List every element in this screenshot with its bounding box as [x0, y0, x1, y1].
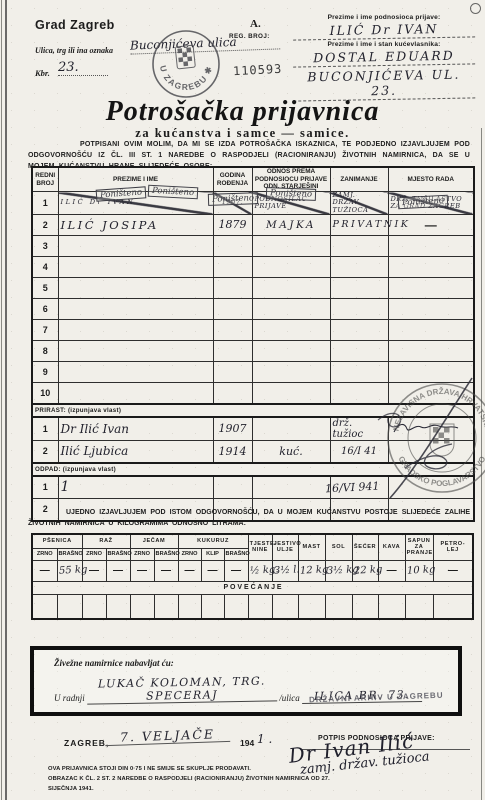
row-number: 10 [32, 382, 58, 404]
place-label: ZAGREB, [64, 738, 109, 748]
supplies-table: PŠENICA RAŽ JEČAM KUKURUZ TJESTE-NINE JE… [31, 533, 474, 620]
person-name: ILIĆ JOSIPA [61, 218, 159, 232]
value-cell: — [208, 565, 218, 576]
row-number: 9 [32, 361, 58, 382]
col-petrolej: PETRO-LEJ [433, 534, 473, 560]
row-number: 8 [32, 340, 58, 361]
year-value: 1 . [257, 732, 272, 746]
value-cell: 10 kg [406, 564, 435, 576]
cancelled-name: ILIĆ Dr IVAN [61, 199, 211, 206]
col-sol: SOL [325, 534, 352, 560]
radnji-label: U radnji [54, 693, 85, 703]
col-sapun: SAPUN ZA PRANJE [405, 534, 433, 560]
sub-zrno: ZRNO [32, 548, 57, 560]
reg-number-stamp: 110593 [233, 62, 283, 79]
value-cell: — [161, 565, 171, 576]
cancel-stamp: Poništeno [208, 192, 258, 206]
round-stamp-zagreb: U ZAGREBU ✱ [148, 26, 224, 102]
table-row: 5 [32, 277, 474, 298]
value-cell: — [231, 565, 241, 576]
col-secer: ŠEĆER [352, 534, 378, 560]
housenumber-value: 23. [58, 60, 108, 76]
table-row: 4 [32, 256, 474, 277]
col-mast: MAST [298, 534, 325, 560]
table-row: 6 [32, 298, 474, 319]
sub-brasno: BRAŠNO [224, 548, 248, 560]
value-cell: — [448, 565, 458, 576]
table-row: 3 [32, 235, 474, 256]
value-cell: — [113, 565, 123, 576]
supplies-empty-row [32, 594, 473, 619]
col-kukuruz: KUKURUZ [178, 534, 248, 548]
col-raz: RAŽ [82, 534, 130, 548]
supplies-intro: UJEDNO IZJAVLJUJEM POD ISTOM ODGOVORNOŠĆ… [28, 508, 470, 530]
row-number: 5 [32, 277, 58, 298]
sub-zrno: ZRNO [130, 548, 154, 560]
value-cell: — [387, 565, 397, 576]
form-subtitle: za kućanstva i samce — samice. [0, 126, 485, 141]
col-kava: KAVA [378, 534, 405, 560]
povecanje-label: P O V E Ć A N J E [32, 581, 473, 594]
supplies-group-header: PŠENICA RAŽ JEČAM KUKURUZ TJESTE-NINE JE… [32, 534, 473, 548]
landlord-name: DOSTAL EDUARD [293, 47, 475, 67]
sub-brasno: BRAŠNO [154, 548, 178, 560]
povecanje-row: P O V E Ć A N J E [32, 581, 473, 594]
row-number: 1 [32, 476, 58, 499]
value-cell: 22 kg [353, 564, 382, 576]
applicant-value: ILIĆ Dr IVAN [293, 20, 475, 40]
sub-brasno: BRAŠNO [57, 548, 82, 560]
sub-klip: KLIP [201, 548, 224, 560]
fine-print-line2: OBRAZAC K ČL. 2 ST. 2 NAREDBE O RASPODJE… [48, 775, 340, 795]
shop-declaration-box: Živežne namirnice nabavljat ću: U radnji… [30, 646, 462, 716]
table-row: 2 ILIĆ JOSIPA 1879 MAJKA PRIVATNIK — [32, 214, 474, 235]
table-row: 7 [32, 319, 474, 340]
date-value: 7. VELJAČE [105, 726, 230, 746]
col-psenica: PŠENICA [32, 534, 82, 548]
prirast-relation: kuć. [279, 445, 302, 458]
odpad-mark: 1 [61, 479, 70, 495]
col-mjesto-rada: MJESTO RADA [388, 167, 474, 192]
col-redni-broj: REDNI BROJ [32, 167, 58, 192]
form-title: Potrošačka prijavnica [0, 96, 485, 128]
prirast-name: Dr Ilić Ivan [61, 422, 130, 436]
shop-name-value: LUKAČ KOLOMAN, TRG. SPECERAJ [87, 674, 277, 704]
cancelled-occupation: ZAMJ. DRŽAV. TUŽIOCA [333, 192, 386, 214]
street-field-label: Ulica, trg ili ina oznaka [35, 46, 113, 55]
header-right-block: Prezime i ime podnosioca prijave: ILIĆ D… [293, 14, 475, 102]
row-number: 2 [32, 440, 58, 463]
value-cell: — [137, 565, 147, 576]
shop-intro-label: Živežne namirnice nabavljat ću: [54, 658, 174, 668]
col-jecam: JEČAM [130, 534, 178, 548]
value-cell: — [185, 565, 195, 576]
value-cell: 3½ l. [273, 564, 299, 576]
city-label: Grad Zagreb [35, 18, 115, 32]
col-zanimanje: ZANIMANJE [330, 167, 388, 192]
person-year: 1879 [219, 218, 247, 231]
value-cell: — [89, 565, 99, 576]
section-letter: A. [250, 18, 261, 30]
table-header-row: REDNI BROJ PREZIME I IME GODINA ROĐENJA … [32, 167, 474, 192]
corner-mark [470, 3, 481, 14]
row-number: 3 [32, 235, 58, 256]
fine-print-line1: OVA PRIJAVNICA STOJI DIN 0·75 I NE SMIJE… [48, 765, 340, 775]
person-occupation: PRIVATNIK [333, 219, 411, 230]
col-jestivo-ulje: JESTIVO ULJE [272, 534, 298, 560]
sub-zrno: ZRNO [178, 548, 201, 560]
prirast-year: 1914 [219, 445, 247, 458]
supplies-values-row: — 55 kg — — — — — — — ½ kg. 3½ l. 12 kg … [32, 560, 473, 581]
sub-brasno: BRAŠNO [106, 548, 130, 560]
row-number: 1 [32, 192, 58, 215]
value-cell: — [40, 565, 50, 576]
row-number: 2 [32, 214, 58, 235]
year-prefix: 194 [240, 738, 254, 748]
ulica-label: /ulica [279, 693, 300, 703]
pen-strokes [360, 360, 485, 510]
fine-print: OVA PRIJAVNICA STOJI DIN 0·75 I NE SMIJE… [48, 765, 340, 795]
prirast-year: 1907 [219, 422, 247, 435]
row-number: 7 [32, 319, 58, 340]
col-tjestenine: TJESTE-NINE [248, 534, 272, 560]
value-cell: 55 kg [58, 564, 87, 576]
row-number: 1 [32, 417, 58, 441]
sub-zrno: ZRNO [82, 548, 106, 560]
row-number: 6 [32, 298, 58, 319]
col-godina: GODINA ROĐENJA [213, 167, 252, 192]
value-cell: 12 kg [299, 564, 328, 576]
prirast-occupation: drž. tužioc [333, 418, 364, 440]
prirast-name: Ilić Ljubica [61, 444, 129, 458]
row-number: 4 [32, 256, 58, 277]
table-row: 8 [32, 340, 474, 361]
person-relation: MAJKA [266, 219, 316, 231]
scanned-form-page: Grad Zagreb A. REG. BROJ: 110593 Ulica, … [0, 0, 485, 800]
cancel-stamp: Poništeno [266, 187, 316, 201]
housenumber-label: Kbr. [35, 68, 50, 78]
cancel-stamp: Poništeno [148, 185, 199, 200]
